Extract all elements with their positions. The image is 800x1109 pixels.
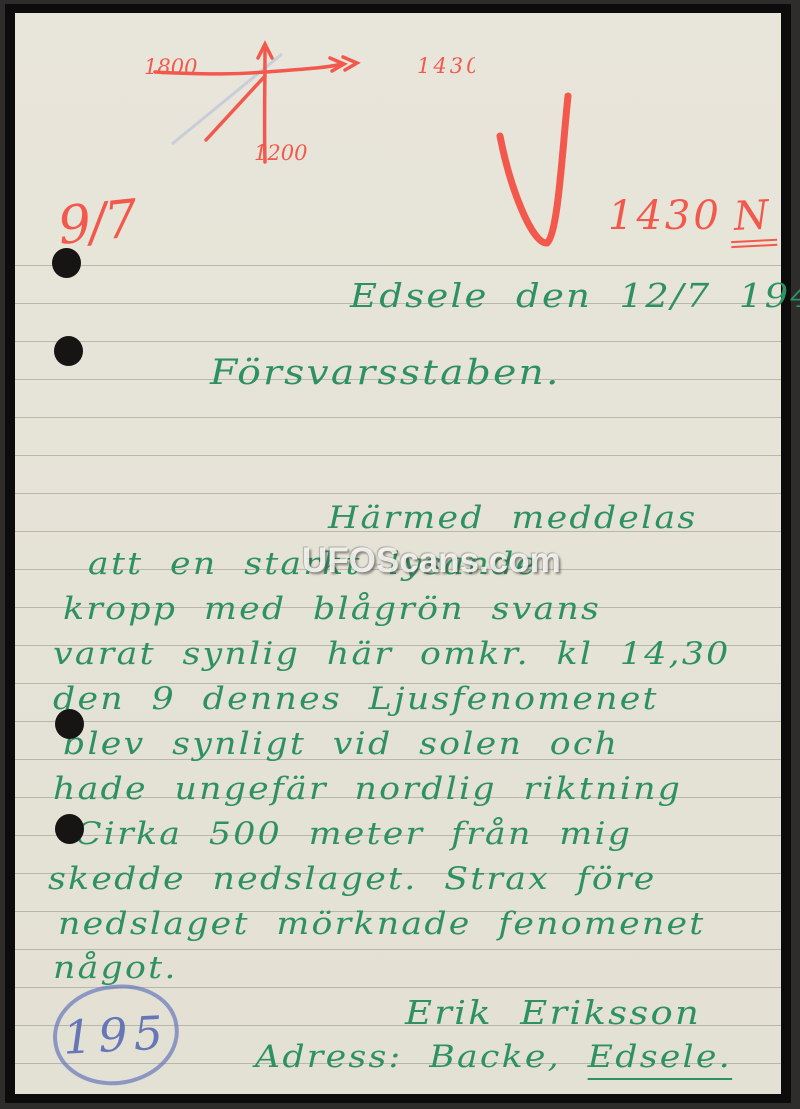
letter-line: skedde nedslaget. Strax före: [48, 861, 657, 897]
red-time-suffix: N: [728, 192, 777, 248]
letter-line: varat synlig här omkr. kl 14,30: [53, 636, 731, 672]
watermark: UFOScans.com: [302, 541, 561, 581]
letter-line: blev synligt vid solen och: [63, 726, 619, 762]
diagram-label-1430: 1430: [417, 54, 475, 78]
scanned-letter: 1800 1430 1200 9/7 1430N Edsele den 12/7…: [0, 0, 800, 1109]
address-label: Adress:: [255, 1039, 402, 1075]
diagram-label-1800: 1800: [144, 55, 197, 79]
red-date-annotation: 9/7: [55, 189, 139, 257]
hole-punch: [55, 814, 84, 844]
letter-line: nedslaget mörknade fenomenet: [58, 906, 705, 942]
recipient-line: Försvarsstaben.: [210, 353, 561, 393]
direction-diagram: 1800 1430 1200: [130, 30, 475, 175]
letter-line: Cirka 500 meter från mig: [75, 816, 632, 852]
signature: Erik Eriksson: [405, 993, 701, 1032]
letter-paper: 1800 1430 1200 9/7 1430N Edsele den 12/7…: [15, 13, 781, 1094]
letter-line: hade ungefär nordlig riktning: [53, 771, 682, 807]
red-time-value: 1430: [608, 193, 722, 239]
hole-punch: [55, 709, 84, 739]
letter-line: den 9 dennes Ljusfenomenet: [53, 681, 659, 717]
hole-punch: [52, 248, 81, 278]
letter-line: Härmed meddelas: [328, 500, 697, 536]
address-underlined: Edsele.: [588, 1039, 732, 1080]
red-checkmark-icon: [488, 88, 588, 263]
letter-line: något.: [53, 950, 178, 986]
address-place: Backe,: [429, 1039, 561, 1075]
address-line: Adress: Backe, Edsele.: [255, 1039, 732, 1080]
letter-line: kropp med blågrön svans: [63, 591, 601, 627]
dateline: Edsele den 12/7 1946: [350, 276, 800, 315]
hole-punch: [54, 336, 83, 366]
diagram-label-1200: 1200: [254, 141, 307, 165]
red-time-annotation: 1430N: [608, 193, 776, 247]
page-number: 195: [62, 1005, 170, 1064]
